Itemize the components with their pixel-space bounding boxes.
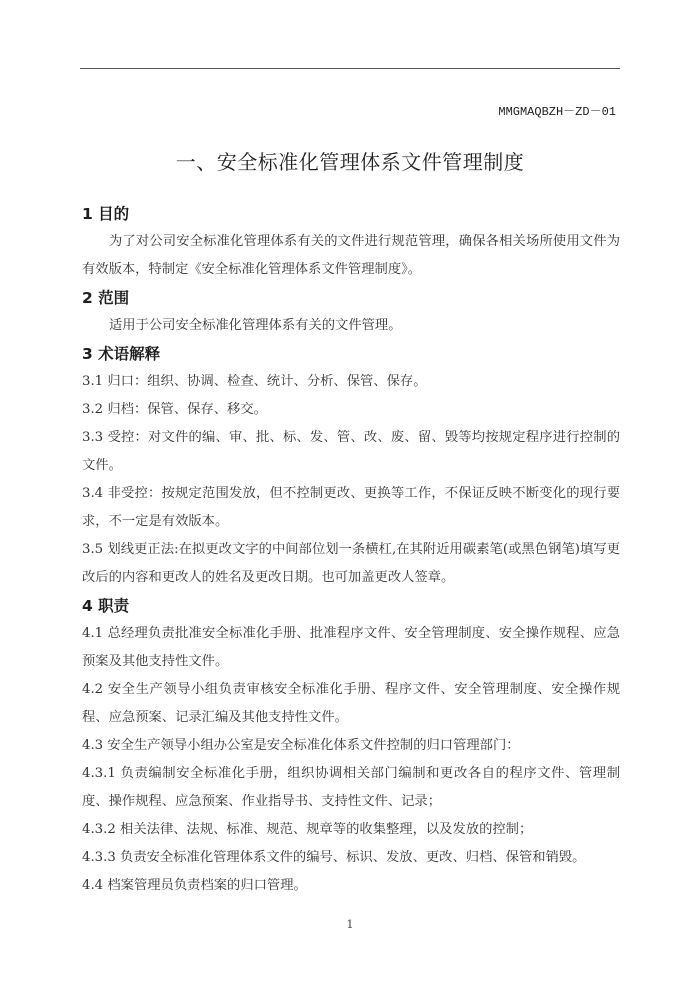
paragraph: 4.3.1 负责编制安全标准化手册，组织协调相关部门编制和更改各自的程序文件、管… [82, 760, 620, 816]
paragraph: 4.3 安全生产领导小组办公室是安全标准化体系文件控制的归口管理部门： [82, 732, 620, 760]
section-heading-responsibilities: 4 职责 [82, 592, 620, 620]
section-heading-terms: 3 术语解释 [82, 340, 620, 368]
paragraph: 3.3 受控：对文件的编、审、批、标、发、管、改、废、留、毁等均按规定程序进行控… [82, 424, 620, 480]
paragraph: 4.3.3 负责安全标准化管理体系文件的编号、标识、发放、更改、归档、保管和销毁… [82, 844, 620, 872]
section-heading-scope: 2 范围 [82, 284, 620, 312]
paragraph: 适用于公司安全标准化管理体系有关的文件管理。 [82, 312, 620, 340]
paragraph: 4.1 总经理负责批准安全标准化手册、批准程序文件、安全管理制度、安全操作规程、… [82, 620, 620, 676]
header-rule [80, 68, 620, 69]
page-title: 一、安全标准化管理体系文件管理制度 [0, 146, 700, 175]
paragraph: 3.2 归档：保管、保存、移交。 [82, 396, 620, 424]
document-code: MMGMAQBZH－ZD－01 [498, 102, 616, 119]
paragraph: 4.3.2 相关法律、法规、标准、规范、规章等的收集整理，以及发放的控制； [82, 816, 620, 844]
page-number: 1 [0, 918, 700, 931]
paragraph: 3.1 归口：组织、协调、检查、统计、分析、保管、保存。 [82, 368, 620, 396]
paragraph: 4.2 安全生产领导小组负责审核安全标准化手册、程序文件、安全管理制度、安全操作… [82, 676, 620, 732]
paragraph: 3.4 非受控：按规定范围发放，但不控制更改、更换等工作，不保证反映不断变化的现… [82, 480, 620, 536]
paragraph: 为了对公司安全标准化管理体系有关的文件进行规范管理，确保各相关场所使用文件为有效… [82, 228, 620, 284]
paragraph: 3.5 划线更正法:在拟更改文字的中间部位划一条横杠,在其附近用碳素笔(或黑色钢… [82, 536, 620, 592]
section-heading-purpose: 1 目的 [82, 200, 620, 228]
document-body: 1 目的 为了对公司安全标准化管理体系有关的文件进行规范管理，确保各相关场所使用… [82, 200, 620, 900]
paragraph: 4.4 档案管理员负责档案的归口管理。 [82, 872, 620, 900]
